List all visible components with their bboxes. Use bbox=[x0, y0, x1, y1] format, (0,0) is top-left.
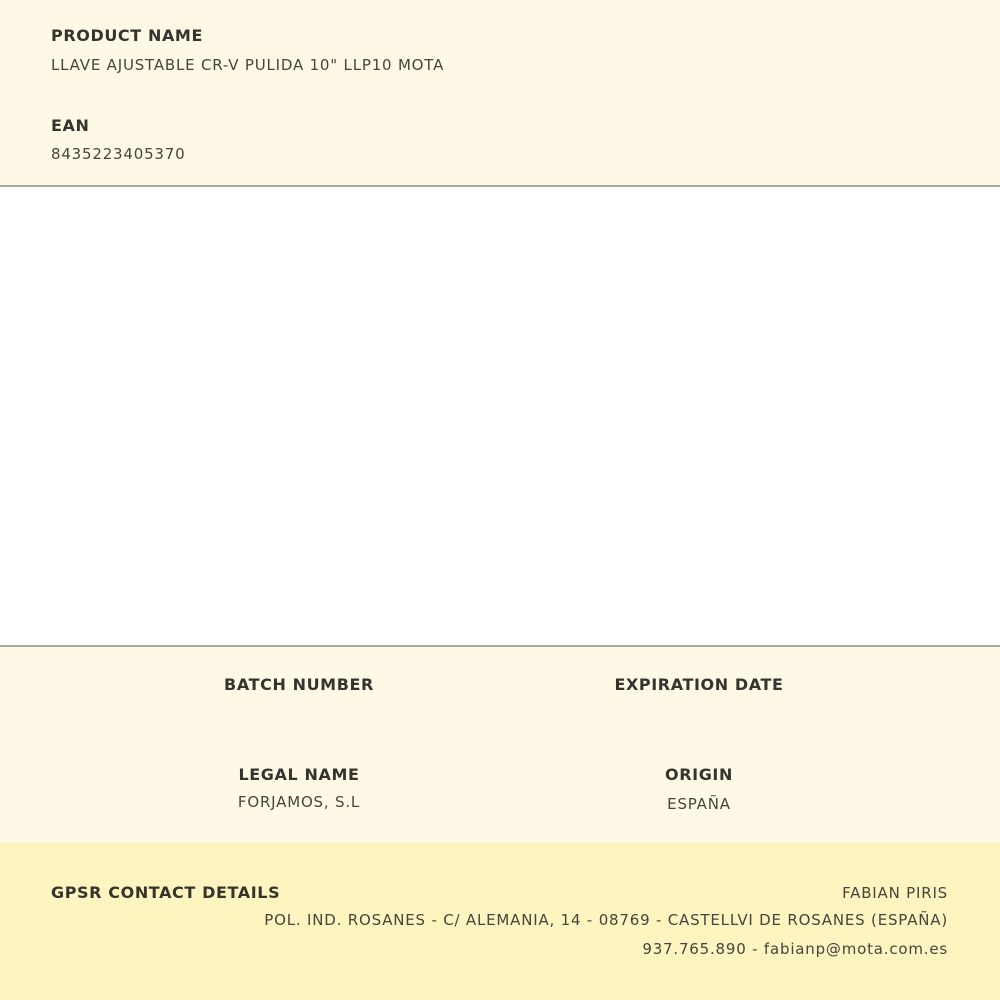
batch-number-label: BATCH NUMBER bbox=[224, 675, 374, 694]
product-details-section: BATCH NUMBER EXPIRATION DATE LEGAL NAME … bbox=[0, 645, 1000, 845]
product-info-section: PRODUCT NAME LLAVE AJUSTABLE CR-V PULIDA… bbox=[0, 0, 1000, 187]
origin-value: ESPAÑA bbox=[667, 795, 731, 813]
origin-label: ORIGIN bbox=[665, 765, 733, 784]
gpsr-contact-label: GPSR CONTACT DETAILS bbox=[51, 883, 280, 902]
legal-name-value: FORJAMOS, S.L bbox=[238, 793, 360, 811]
expiration-date-label: EXPIRATION DATE bbox=[614, 675, 783, 694]
product-name-label: PRODUCT NAME bbox=[51, 26, 203, 45]
gpsr-contact-name: FABIAN PIRIS bbox=[842, 884, 948, 902]
gpsr-contact-phone-email: 937.765.890 - fabianp@mota.com.es bbox=[642, 940, 948, 958]
legal-name-label: LEGAL NAME bbox=[238, 765, 359, 784]
ean-label: EAN bbox=[51, 116, 90, 135]
product-name-value: LLAVE AJUSTABLE CR-V PULIDA 10" LLP10 MO… bbox=[51, 56, 444, 74]
gpsr-contact-section: GPSR CONTACT DETAILS FABIAN PIRIS POL. I… bbox=[0, 843, 1000, 1000]
product-image-area bbox=[0, 187, 1000, 645]
ean-value: 8435223405370 bbox=[51, 145, 185, 163]
gpsr-contact-address: POL. IND. ROSANES - C/ ALEMANIA, 14 - 08… bbox=[264, 911, 948, 929]
